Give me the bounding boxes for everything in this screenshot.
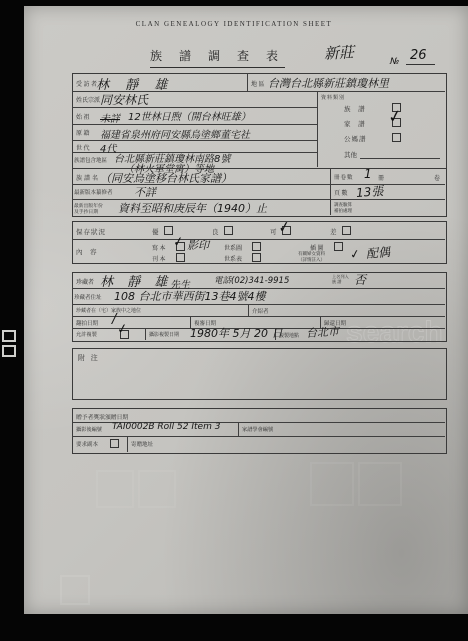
- title-place-handwritten: 新莊: [323, 41, 354, 64]
- pubdate-value: 資料至昭和庚辰年（1940）止: [118, 200, 267, 216]
- table-line: [145, 328, 146, 340]
- table-line: [330, 168, 331, 215]
- scan-artifact-icon: [2, 330, 16, 360]
- book-name-label: 族譜名: [76, 173, 100, 182]
- table-line: [317, 91, 318, 167]
- condition-label: 保存狀況: [76, 227, 106, 236]
- lineage-chart-checkbox: [252, 242, 261, 251]
- collector-position-label: 珍藏者在（宅）家族中之地位: [76, 307, 141, 314]
- collector-address-label: 珍藏者住址: [74, 293, 102, 301]
- condition-excellent-label: 優: [152, 227, 159, 236]
- condition-good-label: 良: [212, 227, 219, 236]
- volumes-label: 冊卷數: [334, 173, 354, 181]
- watermark-square: [358, 462, 402, 506]
- origin-value: 福建省泉州府同安縣烏塗鄉董宅社: [100, 126, 250, 141]
- condition-excellent-checkbox: [164, 226, 173, 235]
- category-label: 資料類別: [321, 94, 345, 101]
- area-value: 台灣台北縣新莊鎮瓊林里: [268, 75, 389, 91]
- table-line: [238, 422, 239, 436]
- notes-box: [72, 348, 447, 400]
- pages-value: 13張: [355, 182, 383, 201]
- table-line: [72, 316, 445, 317]
- scanned-document-viewport: search CLAN GENEALOGY IDENTIFICATION SHE…: [0, 0, 468, 641]
- notes-label: 附 注: [78, 353, 100, 363]
- copy-date-label: 攝影複製日期: [149, 331, 179, 338]
- women-data-value: 配偶: [365, 243, 390, 262]
- copy-place-label: 複製地點: [279, 332, 299, 339]
- table-line: [247, 73, 248, 91]
- verify-label-line2: 補拍處理: [334, 208, 352, 214]
- condition-poor-checkbox: [342, 226, 351, 235]
- pubdate-label-line2: 及手抄日期: [74, 208, 98, 215]
- manuscript-label: 寫 本: [152, 243, 166, 252]
- volumes-unit-ce: 冊: [378, 173, 384, 182]
- table-line: [72, 304, 445, 305]
- permit-copy-label: 允許複製: [76, 331, 97, 338]
- generations-label: 世 代: [76, 143, 90, 152]
- collector-address-value: 108 台北市華西街13巷4號4樓: [114, 288, 266, 304]
- number-symbol: №: [390, 57, 399, 67]
- founder-label: 始 祖: [76, 112, 90, 121]
- collector-label: 珍藏者: [76, 277, 94, 286]
- manuscript-note-value: 影印: [187, 237, 209, 253]
- founder-value: 12世林日煦（開台林旺雄）: [128, 108, 251, 123]
- watermark-square: [310, 462, 354, 506]
- sheet-title-en: CLAN GENEALOGY IDENTIFICATION SHEET: [0, 20, 468, 28]
- listed-in-genealogy-value: 否: [354, 271, 366, 288]
- watermark-square: [96, 470, 134, 508]
- printed-label: 刊 本: [152, 254, 166, 263]
- copy-request-label: 要求副本: [76, 440, 98, 448]
- compiler-label: 最新版本纂修者: [74, 188, 113, 196]
- book-name-value: （同安烏塗移台林氏家譜）: [100, 170, 232, 186]
- pages-label: 頁 數: [334, 188, 348, 197]
- manuscript-checkmark: ✓: [172, 234, 185, 251]
- watermark-square: [60, 575, 90, 605]
- clan-value: 同安林氏: [100, 91, 148, 108]
- women-data-label-line2: （詳情註入）: [298, 257, 325, 263]
- coverage-label: 族譜包含地區: [74, 156, 107, 164]
- interviewee-label: 受 訪 者: [76, 79, 97, 88]
- table-line: [248, 304, 249, 316]
- sheet-title-cn: 族 譜 調 查 表: [150, 47, 285, 68]
- content-label: 內 容: [76, 247, 100, 256]
- illustration-checkbox: [334, 242, 343, 251]
- volumes-value: 1: [364, 167, 372, 181]
- volumes-unit-juan: 卷: [434, 173, 440, 182]
- category-opt3-label: 公媽譜: [344, 134, 367, 143]
- clan-label: 姓氏宗派: [76, 95, 100, 104]
- lineage-table-label: 世系表: [224, 254, 242, 263]
- condition-good-checkbox: [224, 226, 233, 235]
- copy-place-value: 台北市: [305, 323, 339, 341]
- listed-in-genealogy-label-line2: 族 譜: [332, 279, 341, 285]
- origin-label: 原 籍: [76, 128, 90, 137]
- table-line: [127, 436, 128, 452]
- retake-date-label: 翻拍日期: [76, 319, 98, 327]
- category-other-blank-line: [360, 158, 440, 159]
- compiler-value: 不詳: [134, 184, 156, 200]
- society-number-label: 家譜學會編號: [242, 426, 273, 433]
- founder-struck-value: 未詳: [100, 110, 120, 125]
- send-address-label: 寄贈地址: [131, 440, 153, 448]
- introducer-label: 介紹者: [252, 307, 269, 315]
- table-line: [72, 239, 445, 240]
- category-opt1-label: 族 譜: [344, 104, 368, 113]
- condition-fair-label: 可: [270, 227, 277, 236]
- permit-copy-checkmark: ✓: [116, 321, 129, 338]
- area-label: 地 區: [251, 79, 265, 88]
- printed-checkbox: [176, 253, 185, 262]
- category-other-label: 其他: [344, 150, 357, 159]
- category-opt3-checkbox: [392, 133, 401, 142]
- lineage-chart-label: 世系圖: [224, 243, 242, 252]
- condition-poor-label: 差: [330, 227, 337, 236]
- collector-phone-value: 電話(02)341-9915: [214, 274, 289, 286]
- sheet-number: 26: [406, 48, 435, 65]
- women-data-checkmark: ✓: [349, 246, 361, 262]
- lineage-table-checkbox: [252, 253, 261, 262]
- film-number-value: TAI0002B Roll 52 Item 3: [112, 422, 220, 432]
- category-opt2-label: 家 譜: [344, 119, 368, 128]
- copy-request-checkbox: [110, 439, 119, 448]
- film-number-label: 攝影後編號: [76, 426, 102, 433]
- watermark-square: [138, 470, 176, 508]
- copy-date-value: 1980年 5月 20 日: [190, 325, 282, 341]
- award-date-label: 贈予者獎狀頒贈日期: [76, 412, 128, 421]
